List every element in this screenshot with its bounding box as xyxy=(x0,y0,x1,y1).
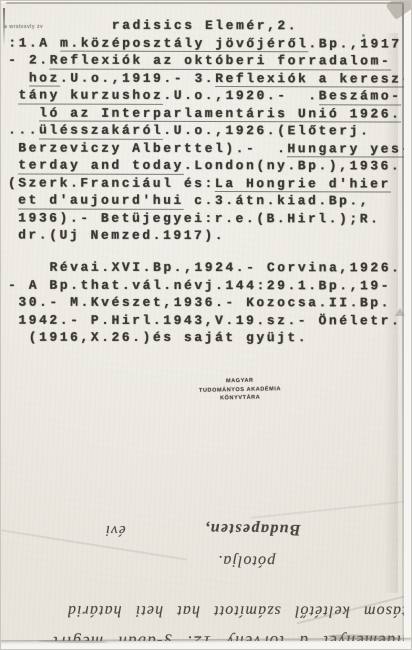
typed-line: et d'aujourd'hui c.3.átn.kiad.Bp., xyxy=(8,191,404,210)
reverse-form-city-label: Budapesten, xyxy=(204,519,301,538)
underlined-title-segment: terday and today xyxy=(18,157,184,174)
underlined-title-segment: La Hongrie d'hier xyxy=(215,176,391,193)
library-stamp: MAGYARTUDOMÁNYOS AKADÉMIAKÖNYVTÁRA xyxy=(0,372,404,408)
text-segment: c.3.átn.kiad.Bp., xyxy=(184,193,370,208)
text-segment: 1936).- Betüjegyei:r.e.(B.Hirl.);R. xyxy=(8,210,381,226)
text-segment xyxy=(8,157,18,172)
text-segment: Berzeviczy Alberttel).- . xyxy=(8,140,288,156)
text-segment xyxy=(8,105,39,120)
ink-speck xyxy=(362,34,365,37)
underlined-title-segment: m.középosztály jövőjéről xyxy=(60,35,308,52)
typed-line: terday and today.London(ny.Bp.),1936. xyxy=(8,156,404,175)
text-segment: .U.o.,1926.(Előterj. xyxy=(163,123,370,139)
text-segment: :1.A xyxy=(8,35,60,50)
underlined-title-segment: Reflexiók az októberi forradalom- xyxy=(50,53,392,70)
typed-line: tány kurzushoz.U.o.,1920.- .Beszámo- xyxy=(8,86,404,105)
card-top-edge xyxy=(6,2,404,4)
typed-line: :1.A m.középosztály jövőjéről.Bp.,1917 xyxy=(8,34,404,53)
reverse-print-block: küldeményét a törvény 12. §-ában megírt … xyxy=(0,506,404,641)
card-left-edge-mark xyxy=(3,8,5,46)
card-right-edge xyxy=(402,4,404,638)
reverse-form-line: pótolja. xyxy=(217,551,275,570)
text-segment: ... xyxy=(8,122,39,137)
typed-line: dr.(Uj Nemzed.1917). xyxy=(8,226,404,245)
underlined-title-segment: ülésszakáról xyxy=(39,123,163,140)
text-segment: (1916,X.26.)és saját gyüjt. xyxy=(8,330,308,346)
text-segment xyxy=(8,192,18,207)
text-segment xyxy=(8,87,18,102)
typed-line: 1936).- Betüjegyei:r.e.(B.Hirl.);R. xyxy=(8,209,404,228)
text-segment: (Szerk.Franciául és: xyxy=(8,175,215,191)
underlined-title-segment: tány kurzushoz xyxy=(18,87,163,104)
text-segment: .U.o.,1919.- 3. xyxy=(60,70,215,85)
edge-triangle-mark xyxy=(395,308,405,316)
typed-line: hoz.U.o.,1919.- 3.Reflexiók a keresz- xyxy=(8,69,404,88)
typed-line: (Szerk.Franciául és:La Hongrie d'hier xyxy=(8,174,404,193)
bibliography-block: Révai.XVI.Bp.,1924.- Corvina,1926.- A Bp… xyxy=(8,259,402,347)
text-segment: .U.o.,1920.- . xyxy=(163,88,318,103)
typed-line: ló az Interparlamentáris Unió 1926. xyxy=(8,104,404,123)
reverse-form-line: lításom keltétől számított hat heti hatá… xyxy=(67,601,404,620)
typed-line: 1942.- P.Hirl.1943,V.19.sz.- Önéletr. xyxy=(8,311,401,329)
typed-line: (1916,X.26.)és saját gyüjt. xyxy=(8,329,401,347)
typed-entry-block: radisics Elemér,2.:1.A m.középosztály jö… xyxy=(8,16,404,245)
text-segment: radisics Elemér,2. xyxy=(8,17,298,33)
text-segment: dr.(Uj Nemzed.1917). xyxy=(8,227,225,243)
underlined-title-segment: ló az Interparlamentáris Unió 1926. xyxy=(39,105,401,122)
text-segment: 30.- M.Kvészet,1936.- Kozocsa.II.Bp. xyxy=(8,295,391,311)
typed-line: ...ülésszakáról.U.o.,1926.(Előterj. xyxy=(8,121,404,140)
typed-line: - A Bp.that.vál.névj.144:29.1.Bp.,19- xyxy=(8,276,401,294)
text-segment: Révai.XVI.Bp.,1924.- Corvina,1926. xyxy=(8,260,401,276)
typed-line: 30.- M.Kvészet,1936.- Kozocsa.II.Bp. xyxy=(8,294,401,312)
text-segment: - 2. xyxy=(8,52,49,67)
underlined-title-segment: hoz xyxy=(29,70,60,87)
typed-line: Révai.XVI.Bp.,1924.- Corvina,1926. xyxy=(8,259,401,277)
scanned-photo-frame: a wrstvsvly zv radisics Elemér,2.:1.A m.… xyxy=(0,0,412,650)
text-segment xyxy=(8,70,29,85)
catalog-card: a wrstvsvly zv radisics Elemér,2.:1.A m.… xyxy=(0,3,404,641)
underlined-title-segment: et d'aujourd'hui xyxy=(18,192,184,209)
typed-line: - 2.Reflexiók az októberi forradalom- xyxy=(8,51,404,70)
typed-line: Berzeviczy Alberttel).- .Hungary yes- xyxy=(8,139,404,158)
text-segment: - A Bp.that.vál.névj.144:29.1.Bp.,19- xyxy=(8,277,391,293)
underlined-title-segment: Reflexiók a keresz- xyxy=(215,71,404,88)
text-segment: .London(ny.Bp.),1936. xyxy=(184,158,401,174)
typed-line: radisics Elemér,2. xyxy=(8,16,404,35)
text-segment: 1942.- P.Hirl.1943,V.19.sz.- Önéletr. xyxy=(8,312,401,328)
reverse-form-year-label: évi xyxy=(105,521,126,538)
